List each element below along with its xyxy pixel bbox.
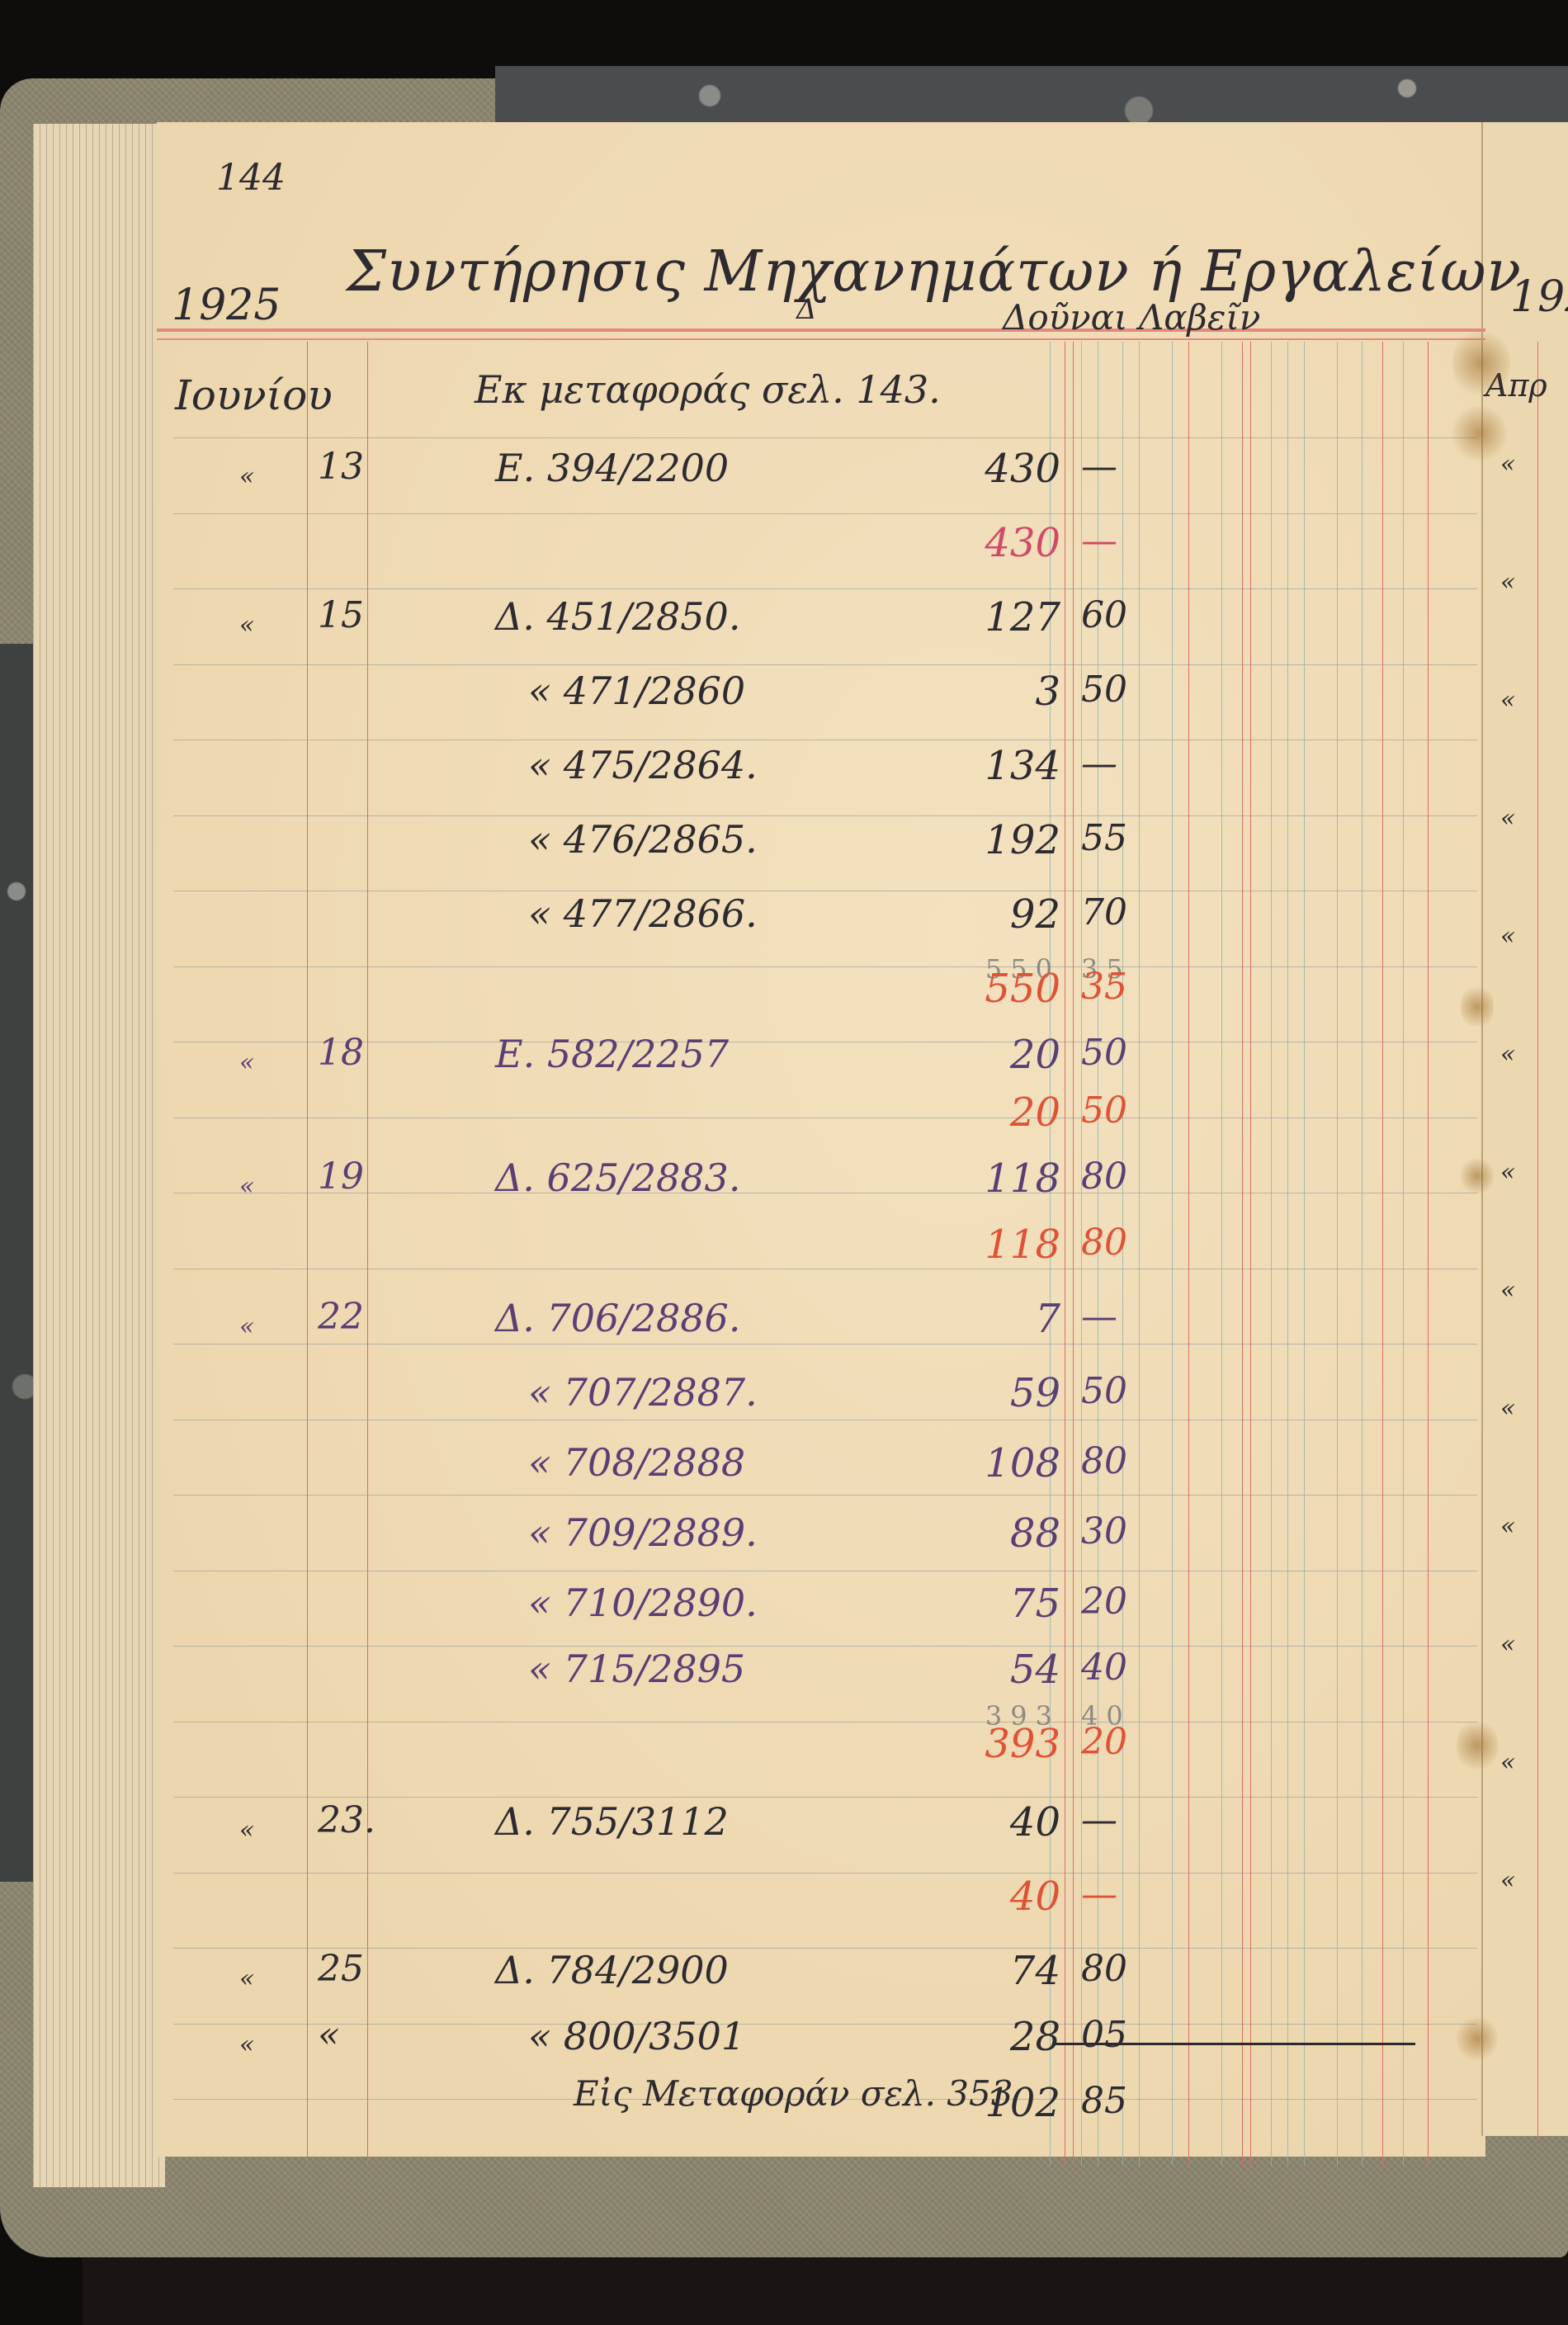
entry-reference: « 476/2865. [528,817,758,862]
column-rule-thin [1221,342,1222,2166]
ditto-mark: « [239,1816,254,1845]
ruled-line [173,1495,1477,1496]
ruled-line [173,513,1477,514]
column-rule-thin [1362,342,1363,2166]
column-heading: Δοῦναι Λαβεῖν [1003,297,1260,338]
column-rule [1188,342,1189,2166]
amount-drachmas: 118 [985,1155,1060,1202]
amount-lepta: 50 [1081,1089,1127,1132]
ditto-mark: « [239,1048,254,1077]
amount-drachmas: 75 [1010,1581,1060,1627]
ruled-line [173,740,1477,740]
amount-drachmas: 3 [1035,669,1060,715]
amount-drachmas: 20 [1010,1089,1060,1136]
amount-lepta: 85 [1081,2080,1127,2122]
book-bottom-shadow [83,2257,1568,2325]
header-rule [157,328,1485,332]
ditto-mark: « [239,1312,254,1341]
amount-drachmas: 430 [985,446,1060,492]
amount-drachmas: 20 [1010,1032,1060,1078]
column-rule [1073,342,1074,2166]
ruled-line [173,664,1477,665]
amount-lepta: 80 [1081,1222,1127,1264]
facing-column-rule [1537,342,1538,2141]
amount-drachmas: 192 [985,817,1060,863]
page-title: Συντήρησις Μηχανημάτων ή Εργαλείων [347,239,1522,305]
facing-ditto-mark: « [1500,568,1515,597]
column-rule-thin [1337,342,1338,2166]
facing-ditto-mark: « [1500,922,1515,951]
column-rule-thin [1304,342,1305,2166]
entry-reference: « 707/2887. [528,1370,758,1415]
amount-drachmas: 40 [1010,1799,1060,1845]
amount-lepta: 55 [1081,817,1127,859]
stain [1461,982,1494,1032]
entry-reference: « 710/2890. [528,1581,758,1625]
ruled-line [173,588,1477,589]
carried-to-label: Εἰς Μεταφοράν σελ. 353 [574,2073,1013,2114]
entry-day: 15 [318,594,364,636]
amount-lepta: — [1081,520,1117,562]
amount-drachmas: 54 [1010,1647,1060,1693]
amount-drachmas: 550 [985,966,1060,1012]
amount-lepta: 80 [1081,1948,1127,1990]
amount-drachmas: 134 [985,743,1060,789]
ditto-mark: « [239,611,254,640]
amount-drachmas: 127 [985,594,1060,640]
ruled-line [173,815,1477,816]
ruled-line [173,1646,1477,1647]
amount-lepta: 40 [1081,1647,1127,1689]
entry-reference: Δ. 784/2900 [495,1948,729,1992]
entry-day: 25 [318,1948,364,1990]
column-rule [307,342,308,2166]
amount-drachmas: 28 [1010,2014,1060,2060]
ruled-line [173,1722,1477,1722]
facing-ditto-mark: « [1500,1630,1515,1659]
entry-day: 23. [318,1799,375,1841]
amount-lepta: 70 [1081,891,1127,933]
entry-reference: « 800/3501 [528,2014,745,2058]
column-rule [367,342,368,2166]
column-rule-thin [1271,342,1272,2166]
ruled-line [173,437,1477,438]
page-stack-edge [33,124,165,2187]
stain [1452,326,1510,400]
column-rule [1242,342,1243,2166]
sum-rule [1052,2043,1415,2045]
ruled-line [173,1193,1477,1193]
stain [1457,1717,1498,1774]
facing-ditto-mark: « [1500,1866,1515,1895]
entry-day: « [318,2014,340,2056]
entry-day: 13 [318,446,364,488]
ruled-line [173,1344,1477,1344]
amount-lepta: — [1081,743,1117,785]
ruled-line [173,1042,1477,1042]
header-rule-thin [157,338,1485,340]
column-rule-thin [1139,342,1140,2166]
ditto-mark: « [239,1964,254,1993]
amount-lepta: 05 [1081,2014,1127,2056]
stain [1451,404,1509,462]
amount-drachmas: 7 [1035,1296,1060,1342]
amount-lepta: 50 [1081,1032,1127,1074]
facing-ditto-mark: « [1500,686,1515,715]
ditto-mark: « [239,1172,254,1201]
amount-lepta: 80 [1081,1440,1127,1482]
ruled-line [173,891,1477,891]
ditto-mark: « [239,462,254,491]
amount-lepta: 60 [1081,594,1127,636]
column-rule-thin [1172,342,1173,2166]
ruled-line [173,966,1477,967]
amount-lepta: 80 [1081,1155,1127,1198]
entry-reference: « 709/2889. [528,1510,758,1555]
amount-drachmas: 393 [985,1721,1060,1767]
ruled-line [173,1797,1477,1798]
entry-reference: Ε. 394/2200 [495,446,729,490]
ruled-line [173,2024,1477,2025]
facing-ditto-mark: « [1500,1394,1515,1423]
amount-drachmas: 88 [1010,1510,1060,1557]
page-number: 144 [216,157,286,199]
entry-reference: Δ. 755/3112 [495,1799,729,1844]
amount-lepta: — [1081,1799,1117,1841]
stain [1461,1155,1494,1197]
amount-drachmas: 74 [1010,1948,1060,1994]
facing-ditto-mark: « [1500,1748,1515,1777]
amount-drachmas: 430 [985,520,1060,566]
column-rule [1428,342,1429,2166]
month-label: Ιουνίου [175,371,333,419]
amount-lepta: 35 [1081,966,1127,1008]
amount-drachmas: 108 [985,1440,1060,1486]
column-rule-thin [1403,342,1404,2166]
amount-lepta: 20 [1081,1721,1127,1763]
amount-drachmas: 59 [1010,1370,1060,1416]
entry-reference: « 708/2888 [528,1440,745,1485]
ruled-line [173,1118,1477,1118]
facing-ditto-mark: « [1500,1512,1515,1541]
year-label: 1925 [172,281,281,330]
amount-lepta: 50 [1081,669,1127,711]
amount-lepta: 50 [1081,1370,1127,1412]
facing-ditto-mark: « [1500,1040,1515,1069]
entry-reference: « 477/2866. [528,891,758,936]
entry-reference: « 475/2864. [528,743,758,787]
entry-reference: « 715/2895 [528,1647,745,1691]
entry-reference: Δ. 625/2883. [495,1155,740,1200]
amount-lepta: — [1081,1296,1117,1338]
entry-reference: Δ. 451/2850. [495,594,740,639]
entry-reference: Δ. 706/2886. [495,1296,740,1340]
amount-drachmas: 92 [1010,891,1060,938]
ruled-line [173,1420,1477,1420]
entry-day: 22 [318,1296,364,1338]
amount-lepta: — [1081,1874,1117,1916]
amount-drachmas: 118 [985,1222,1060,1268]
ruled-line [173,1948,1477,1949]
facing-ditto-mark: « [1500,804,1515,833]
column-rule [1065,342,1065,2166]
entry-reference: Ε. 582/2257 [495,1032,729,1076]
column-rule-thin [1287,342,1288,2166]
amount-lepta: 30 [1081,1510,1127,1552]
column-rule [1250,342,1251,2166]
facing-ditto-mark: « [1500,1158,1515,1187]
facing-ditto-mark: « [1500,1276,1515,1305]
facing-year-fragment: 192 [1510,272,1568,322]
column-rule [1382,342,1383,2166]
ledger-page [157,122,1485,2157]
facing-ditto-mark: « [1500,450,1515,479]
entry-day: 18 [318,1032,364,1074]
title-underscript: Δ [796,293,817,326]
amount-lepta: 20 [1081,1581,1127,1623]
entry-reference: « 471/2860 [528,669,745,713]
ditto-mark: « [239,2030,254,2059]
entry-day: 19 [318,1155,364,1198]
stain [1457,2014,1498,2063]
carried-forward-label: Εκ μεταφοράς σελ. 143. [475,367,941,412]
ruled-line [173,1571,1477,1571]
ruled-line [173,1873,1477,1874]
amount-lepta: — [1081,446,1117,488]
ruled-line [173,1269,1477,1269]
amount-drachmas: 40 [1010,1874,1060,1920]
